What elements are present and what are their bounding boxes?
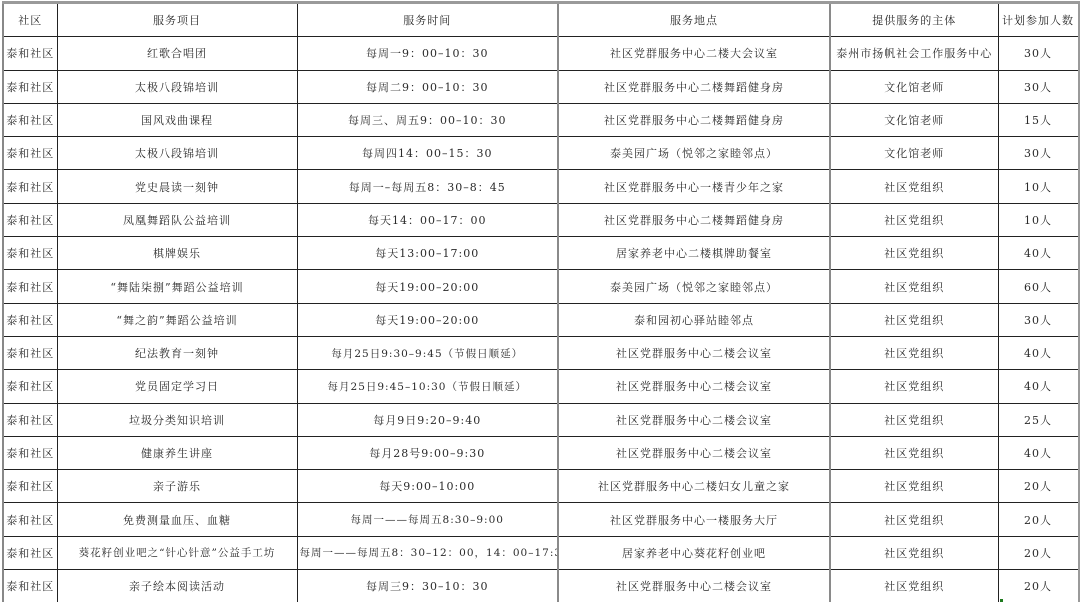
cell-service-item: 红歌合唱团 bbox=[57, 37, 297, 70]
cell-provider: 社区党组织 bbox=[830, 303, 998, 336]
cell-community: 泰和社区 bbox=[3, 436, 57, 469]
cell-service-item: 党史晨读一刻钟 bbox=[57, 170, 297, 203]
cell-service-time: 每天14：00–17：00 bbox=[297, 203, 558, 236]
cell-service-item: 免费测量血压、血糖 bbox=[57, 503, 297, 536]
cell-service-time: 每周一9：00–10：30 bbox=[297, 37, 558, 70]
cell-service-item: “舞之韵”舞蹈公益培训 bbox=[57, 303, 297, 336]
table-row: 泰和社区纪法教育一刻钟每月25日9:30–9:45（节假日顺延）社区党群服务中心… bbox=[3, 336, 1079, 369]
cell-service-location: 社区党群服务中心二楼会议室 bbox=[558, 403, 830, 436]
cell-service-location: 泰和园初心驿站睦邻点 bbox=[558, 303, 830, 336]
service-schedule-table: 社区 服务项目 服务时间 服务地点 提供服务的主体 计划参加人数 泰和社区红歌合… bbox=[2, 1, 1080, 602]
table-row: 泰和社区“舞陆柒捌”舞蹈公益培训每天19:00–20:00泰美园广场（悦邻之家睦… bbox=[3, 270, 1079, 303]
header-service-location: 服务地点 bbox=[558, 3, 830, 37]
table-row: 泰和社区亲子绘本阅读活动每周三9：30–10：30社区党群服务中心二楼会议室社区… bbox=[3, 570, 1079, 602]
cell-planned-participants: 10人 bbox=[998, 170, 1079, 203]
cell-community: 泰和社区 bbox=[3, 70, 57, 103]
header-provider: 提供服务的主体 bbox=[830, 3, 998, 37]
cell-service-time: 每天13:00–17:00 bbox=[297, 237, 558, 270]
cell-service-location: 社区党群服务中心二楼舞蹈健身房 bbox=[558, 203, 830, 236]
cell-service-item: 党员固定学习日 bbox=[57, 370, 297, 403]
cell-community: 泰和社区 bbox=[3, 503, 57, 536]
table-row: 泰和社区党史晨读一刻钟每周一–每周五8：30–8：45社区党群服务中心一楼青少年… bbox=[3, 170, 1079, 203]
cell-planned-participants: 10人 bbox=[998, 203, 1079, 236]
cell-planned-participants: 40人 bbox=[998, 237, 1079, 270]
cell-service-item: 垃圾分类知识培训 bbox=[57, 403, 297, 436]
table-row: 泰和社区免费测量血压、血糖每周一——每周五8:30–9:00社区党群服务中心一楼… bbox=[3, 503, 1079, 536]
cell-service-item: 凤凰舞蹈队公益培训 bbox=[57, 203, 297, 236]
cell-provider: 社区党组织 bbox=[830, 503, 998, 536]
cell-service-location: 社区党群服务中心二楼妇女儿童之家 bbox=[558, 470, 830, 503]
cell-planned-participants: 60人 bbox=[998, 270, 1079, 303]
cell-service-location: 泰美园广场（悦邻之家睦邻点） bbox=[558, 137, 830, 170]
cell-service-item: 亲子游乐 bbox=[57, 470, 297, 503]
table-row: 泰和社区垃圾分类知识培训每月9日9:20–9:40社区党群服务中心二楼会议室社区… bbox=[3, 403, 1079, 436]
cell-provider: 社区党组织 bbox=[830, 270, 998, 303]
cell-service-location: 社区党群服务中心二楼会议室 bbox=[558, 436, 830, 469]
header-planned-participants: 计划参加人数 bbox=[998, 3, 1079, 37]
header-community: 社区 bbox=[3, 3, 57, 37]
cell-community: 泰和社区 bbox=[3, 137, 57, 170]
cell-planned-participants: 30人 bbox=[998, 70, 1079, 103]
cell-community: 泰和社区 bbox=[3, 536, 57, 569]
cell-planned-participants: 20人 bbox=[998, 536, 1079, 569]
cell-provider: 社区党组织 bbox=[830, 403, 998, 436]
cell-community: 泰和社区 bbox=[3, 170, 57, 203]
cell-planned-participants: 40人 bbox=[998, 370, 1079, 403]
cell-service-location: 居家养老中心二楼棋牌助餐室 bbox=[558, 237, 830, 270]
table-row: 泰和社区“舞之韵”舞蹈公益培训每天19:00–20:00泰和园初心驿站睦邻点社区… bbox=[3, 303, 1079, 336]
table-header-row: 社区 服务项目 服务时间 服务地点 提供服务的主体 计划参加人数 bbox=[3, 3, 1079, 37]
service-schedule-document: 社区 服务项目 服务时间 服务地点 提供服务的主体 计划参加人数 泰和社区红歌合… bbox=[2, 1, 1078, 601]
cell-community: 泰和社区 bbox=[3, 570, 57, 602]
cell-provider: 社区党组织 bbox=[830, 336, 998, 369]
table-row: 泰和社区太极八段锦培训每周四14：00–15：30泰美园广场（悦邻之家睦邻点）文… bbox=[3, 137, 1079, 170]
cell-planned-participants: 40人 bbox=[998, 436, 1079, 469]
cell-service-location: 社区党群服务中心二楼舞蹈健身房 bbox=[558, 70, 830, 103]
table-row: 泰和社区国风戏曲课程每周三、周五9：00–10：30社区党群服务中心二楼舞蹈健身… bbox=[3, 103, 1079, 136]
cell-service-location: 泰美园广场（悦邻之家睦邻点） bbox=[558, 270, 830, 303]
cell-service-time: 每周四14：00–15：30 bbox=[297, 137, 558, 170]
cell-provider: 文化馆老师 bbox=[830, 137, 998, 170]
cell-planned-participants: 30人 bbox=[998, 303, 1079, 336]
cell-service-location: 社区党群服务中心二楼会议室 bbox=[558, 370, 830, 403]
cell-provider: 社区党组织 bbox=[830, 436, 998, 469]
cell-service-time: 每月28号9:00–9:30 bbox=[297, 436, 558, 469]
cell-service-item: 太极八段锦培训 bbox=[57, 137, 297, 170]
cell-planned-participants: 15人 bbox=[998, 103, 1079, 136]
cell-provider: 社区党组织 bbox=[830, 170, 998, 203]
cell-service-item: “舞陆柒捌”舞蹈公益培训 bbox=[57, 270, 297, 303]
cell-provider: 社区党组织 bbox=[830, 370, 998, 403]
cell-community: 泰和社区 bbox=[3, 270, 57, 303]
cell-service-time: 每周一–每周五8：30–8：45 bbox=[297, 170, 558, 203]
cell-provider: 社区党组织 bbox=[830, 570, 998, 602]
cell-service-time: 每月9日9:20–9:40 bbox=[297, 403, 558, 436]
cell-service-time: 每天19:00–20:00 bbox=[297, 303, 558, 336]
cell-service-time: 每月25日9:30–9:45（节假日顺延） bbox=[297, 336, 558, 369]
cell-service-item: 棋牌娱乐 bbox=[57, 237, 297, 270]
cell-service-time: 每周三、周五9：00–10：30 bbox=[297, 103, 558, 136]
cell-planned-participants: 20人 bbox=[998, 570, 1079, 602]
cell-service-time: 每月25日9:45–10:30（节假日顺延） bbox=[297, 370, 558, 403]
cell-community: 泰和社区 bbox=[3, 403, 57, 436]
cell-service-item: 亲子绘本阅读活动 bbox=[57, 570, 297, 602]
cell-community: 泰和社区 bbox=[3, 370, 57, 403]
table-row: 泰和社区健康养生讲座每月28号9:00–9:30社区党群服务中心二楼会议室社区党… bbox=[3, 436, 1079, 469]
cell-provider: 社区党组织 bbox=[830, 237, 998, 270]
cell-service-item: 健康养生讲座 bbox=[57, 436, 297, 469]
cell-provider: 文化馆老师 bbox=[830, 103, 998, 136]
cell-community: 泰和社区 bbox=[3, 237, 57, 270]
table-row: 泰和社区棋牌娱乐每天13:00–17:00居家养老中心二楼棋牌助餐室社区党组织4… bbox=[3, 237, 1079, 270]
table-row: 泰和社区亲子游乐每天9:00–10:00社区党群服务中心二楼妇女儿童之家社区党组… bbox=[3, 470, 1079, 503]
cell-community: 泰和社区 bbox=[3, 470, 57, 503]
header-service-item: 服务项目 bbox=[57, 3, 297, 37]
cell-service-item: 国风戏曲课程 bbox=[57, 103, 297, 136]
cell-provider: 泰州市扬帆社会工作服务中心 bbox=[830, 37, 998, 70]
cell-service-location: 社区党群服务中心二楼会议室 bbox=[558, 570, 830, 602]
cell-planned-participants: 20人 bbox=[998, 470, 1079, 503]
cell-service-item: 葵花籽创业吧之“针心针意”公益手工坊 bbox=[57, 536, 297, 569]
cell-planned-participants: 20人 bbox=[998, 503, 1079, 536]
cell-planned-participants: 30人 bbox=[998, 37, 1079, 70]
cell-community: 泰和社区 bbox=[3, 303, 57, 336]
cell-service-time: 每天19:00–20:00 bbox=[297, 270, 558, 303]
cell-community: 泰和社区 bbox=[3, 336, 57, 369]
cell-planned-participants: 25人 bbox=[998, 403, 1079, 436]
cell-community: 泰和社区 bbox=[3, 103, 57, 136]
table-row: 泰和社区太极八段锦培训每周二9：00–10：30社区党群服务中心二楼舞蹈健身房文… bbox=[3, 70, 1079, 103]
cell-service-time: 每天9:00–10:00 bbox=[297, 470, 558, 503]
cell-provider: 社区党组织 bbox=[830, 470, 998, 503]
cell-service-time: 每周一——每周五8：30–12：00，14：00–17:30 bbox=[297, 536, 558, 569]
cell-community: 泰和社区 bbox=[3, 203, 57, 236]
cell-service-time: 每周三9：30–10：30 bbox=[297, 570, 558, 602]
cell-community: 泰和社区 bbox=[3, 37, 57, 70]
cell-service-location: 社区党群服务中心二楼大会议室 bbox=[558, 37, 830, 70]
table-body: 泰和社区红歌合唱团每周一9：00–10：30社区党群服务中心二楼大会议室泰州市扬… bbox=[3, 37, 1079, 602]
cell-service-location: 社区党群服务中心二楼舞蹈健身房 bbox=[558, 103, 830, 136]
cell-service-time: 每周二9：00–10：30 bbox=[297, 70, 558, 103]
cell-service-item: 太极八段锦培训 bbox=[57, 70, 297, 103]
cell-provider: 文化馆老师 bbox=[830, 70, 998, 103]
table-row: 泰和社区红歌合唱团每周一9：00–10：30社区党群服务中心二楼大会议室泰州市扬… bbox=[3, 37, 1079, 70]
header-service-time: 服务时间 bbox=[297, 3, 558, 37]
cell-service-location: 社区党群服务中心一楼青少年之家 bbox=[558, 170, 830, 203]
cell-service-location: 居家养老中心葵花籽创业吧 bbox=[558, 536, 830, 569]
table-row: 泰和社区凤凰舞蹈队公益培训每天14：00–17：00社区党群服务中心二楼舞蹈健身… bbox=[3, 203, 1079, 236]
cell-service-item: 纪法教育一刻钟 bbox=[57, 336, 297, 369]
cell-provider: 社区党组织 bbox=[830, 536, 998, 569]
cell-planned-participants: 40人 bbox=[998, 336, 1079, 369]
cell-service-location: 社区党群服务中心一楼服务大厅 bbox=[558, 503, 830, 536]
cell-provider: 社区党组织 bbox=[830, 203, 998, 236]
cell-service-location: 社区党群服务中心二楼会议室 bbox=[558, 336, 830, 369]
cell-service-time: 每周一——每周五8:30–9:00 bbox=[297, 503, 558, 536]
cell-planned-participants: 30人 bbox=[998, 137, 1079, 170]
table-row: 泰和社区党员固定学习日每月25日9:45–10:30（节假日顺延）社区党群服务中… bbox=[3, 370, 1079, 403]
table-row: 泰和社区葵花籽创业吧之“针心针意”公益手工坊每周一——每周五8：30–12：00… bbox=[3, 536, 1079, 569]
